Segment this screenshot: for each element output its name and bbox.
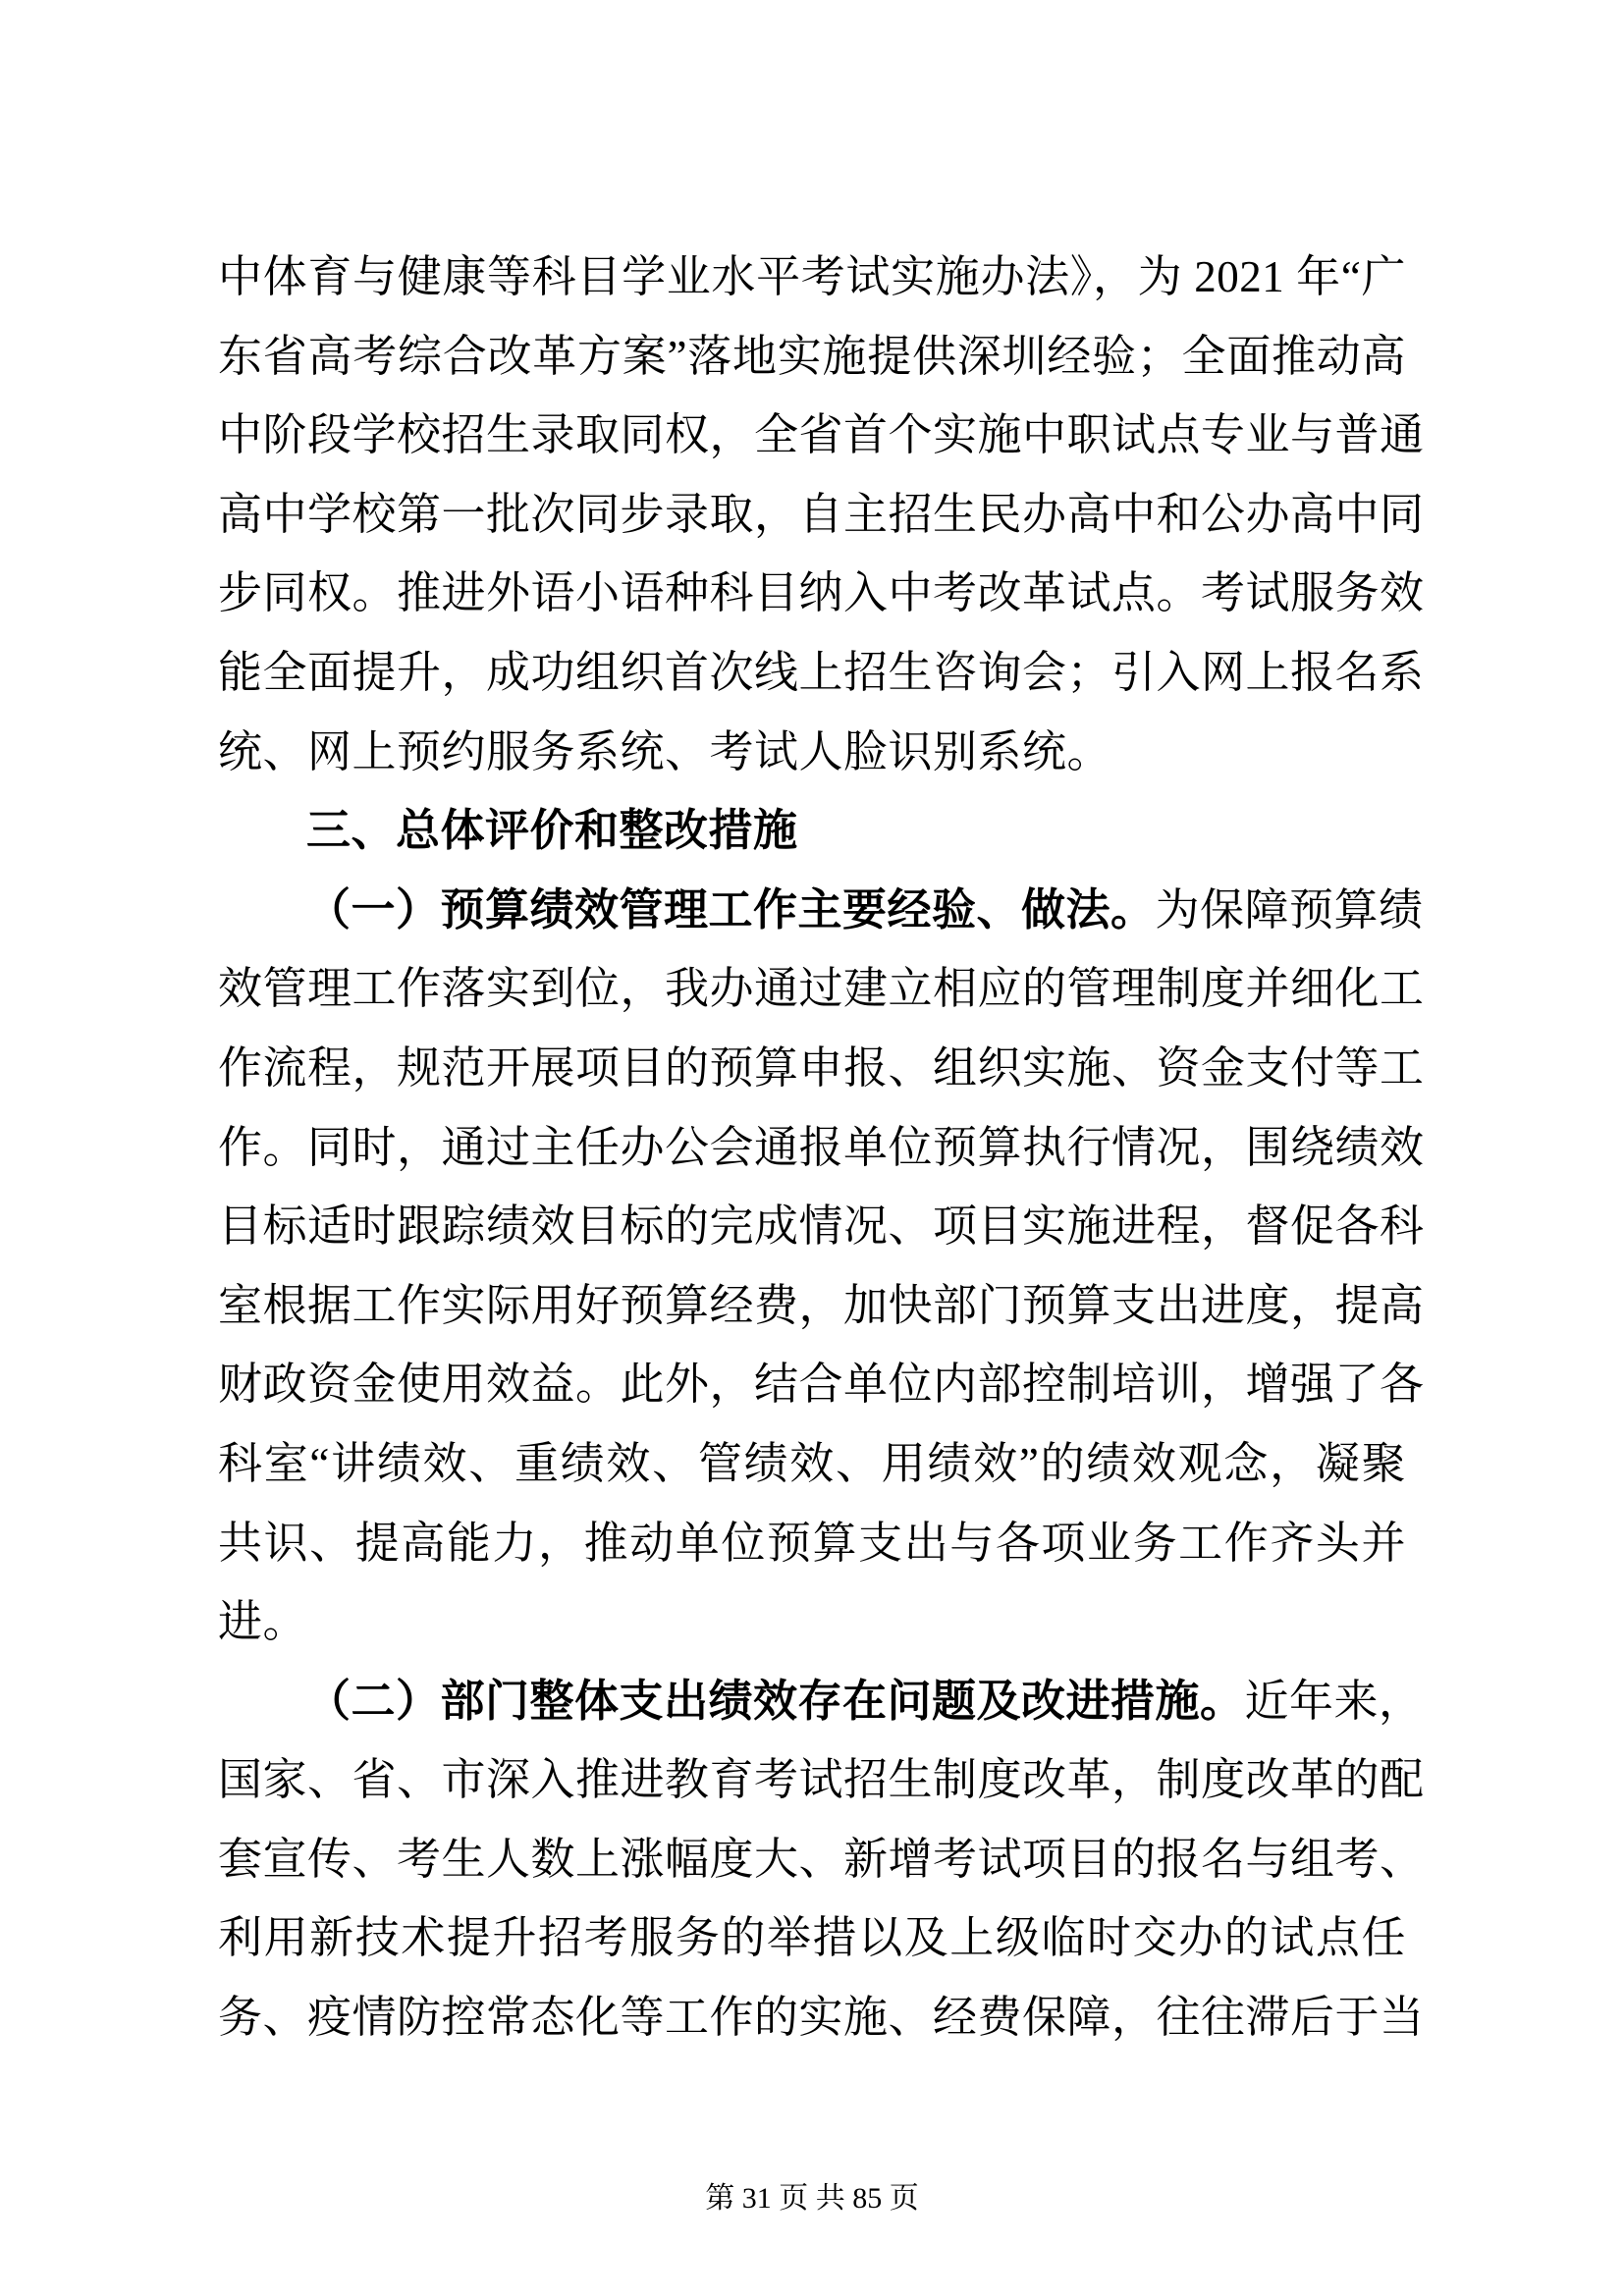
subsection-body-start: 近年来，	[1245, 1677, 1424, 1726]
document-page: 中体育与健康等科目学业水平考试实施办法》，为 2021 年“广 东省高考综合改革…	[0, 0, 1624, 2296]
section-heading: 三、总体评价和整改措施	[218, 791, 1406, 871]
body-line: 目标适时跟踪绩效目标的完成情况、项目实施进程，督促各科	[218, 1187, 1406, 1266]
body-line: 财政资金使用效益。此外，结合单位内部控制培训，增强了各	[218, 1345, 1406, 1424]
body-line: 作。同时，通过主任办公会通报单位预算执行情况，围绕绩效	[218, 1108, 1406, 1188]
body-line: 高中学校第一批次同步录取，自主招生民办高中和公办高中同	[218, 475, 1406, 555]
body-line: 中阶段学校招生录取同权，全省首个实施中职试点专业与普通	[218, 396, 1406, 475]
body-line: 能全面提升，成功组织首次线上招生咨询会；引入网上报名系	[218, 633, 1406, 713]
body-line: 中体育与健康等科目学业水平考试实施办法》，为 2021 年“广	[218, 238, 1406, 317]
subsection-heading-line: （一）预算绩效管理工作主要经验、做法。为保障预算绩	[218, 871, 1406, 950]
body-line: 务、疫情防控常态化等工作的实施、经费保障，往往滞后于当	[218, 1978, 1406, 2057]
body-line: 作流程，规范开展项目的预算申报、组织实施、资金支付等工	[218, 1029, 1406, 1108]
body-line: 利用新技术提升招考服务的举措以及上级临时交办的试点任	[218, 1898, 1406, 1978]
paragraph-end-line: 进。	[218, 1582, 1406, 1662]
body-line: 共识、提高能力，推动单位预算支出与各项业务工作齐头并	[218, 1504, 1406, 1583]
body-line: 效管理工作落实到位，我办通过建立相应的管理制度并细化工	[218, 949, 1406, 1029]
subsection-body-start: 为保障预算绩	[1156, 885, 1424, 934]
body-line: 套宣传、考生人数上涨幅度大、新增考试项目的报名与组考、	[218, 1820, 1406, 1899]
paragraph-end-line: 统、网上预约服务系统、考试人脸识别系统。	[218, 713, 1406, 792]
body-line: 步同权。推进外语小语种科目纳入中考改革试点。考试服务效	[218, 554, 1406, 633]
page-number: 第 31 页 共 85 页	[0, 2177, 1624, 2220]
page-body: 中体育与健康等科目学业水平考试实施办法》，为 2021 年“广 东省高考综合改革…	[218, 238, 1406, 2057]
body-line: 东省高考综合改革方案”落地实施提供深圳经验；全面推动高	[218, 317, 1406, 397]
body-line: 室根据工作实际用好预算经费，加快部门预算支出进度，提高	[218, 1266, 1406, 1346]
body-line: 科室“讲绩效、重绩效、管绩效、用绩效”的绩效观念，凝聚	[218, 1424, 1406, 1504]
body-line: 国家、省、市深入推进教育考试招生制度改革，制度改革的配	[218, 1740, 1406, 1820]
subsection-heading-line: （二）部门整体支出绩效存在问题及改进措施。近年来，	[218, 1662, 1406, 1741]
subsection-title: （二）部门整体支出绩效存在问题及改进措施。	[306, 1677, 1245, 1726]
subsection-title: （一）预算绩效管理工作主要经验、做法。	[306, 885, 1156, 934]
